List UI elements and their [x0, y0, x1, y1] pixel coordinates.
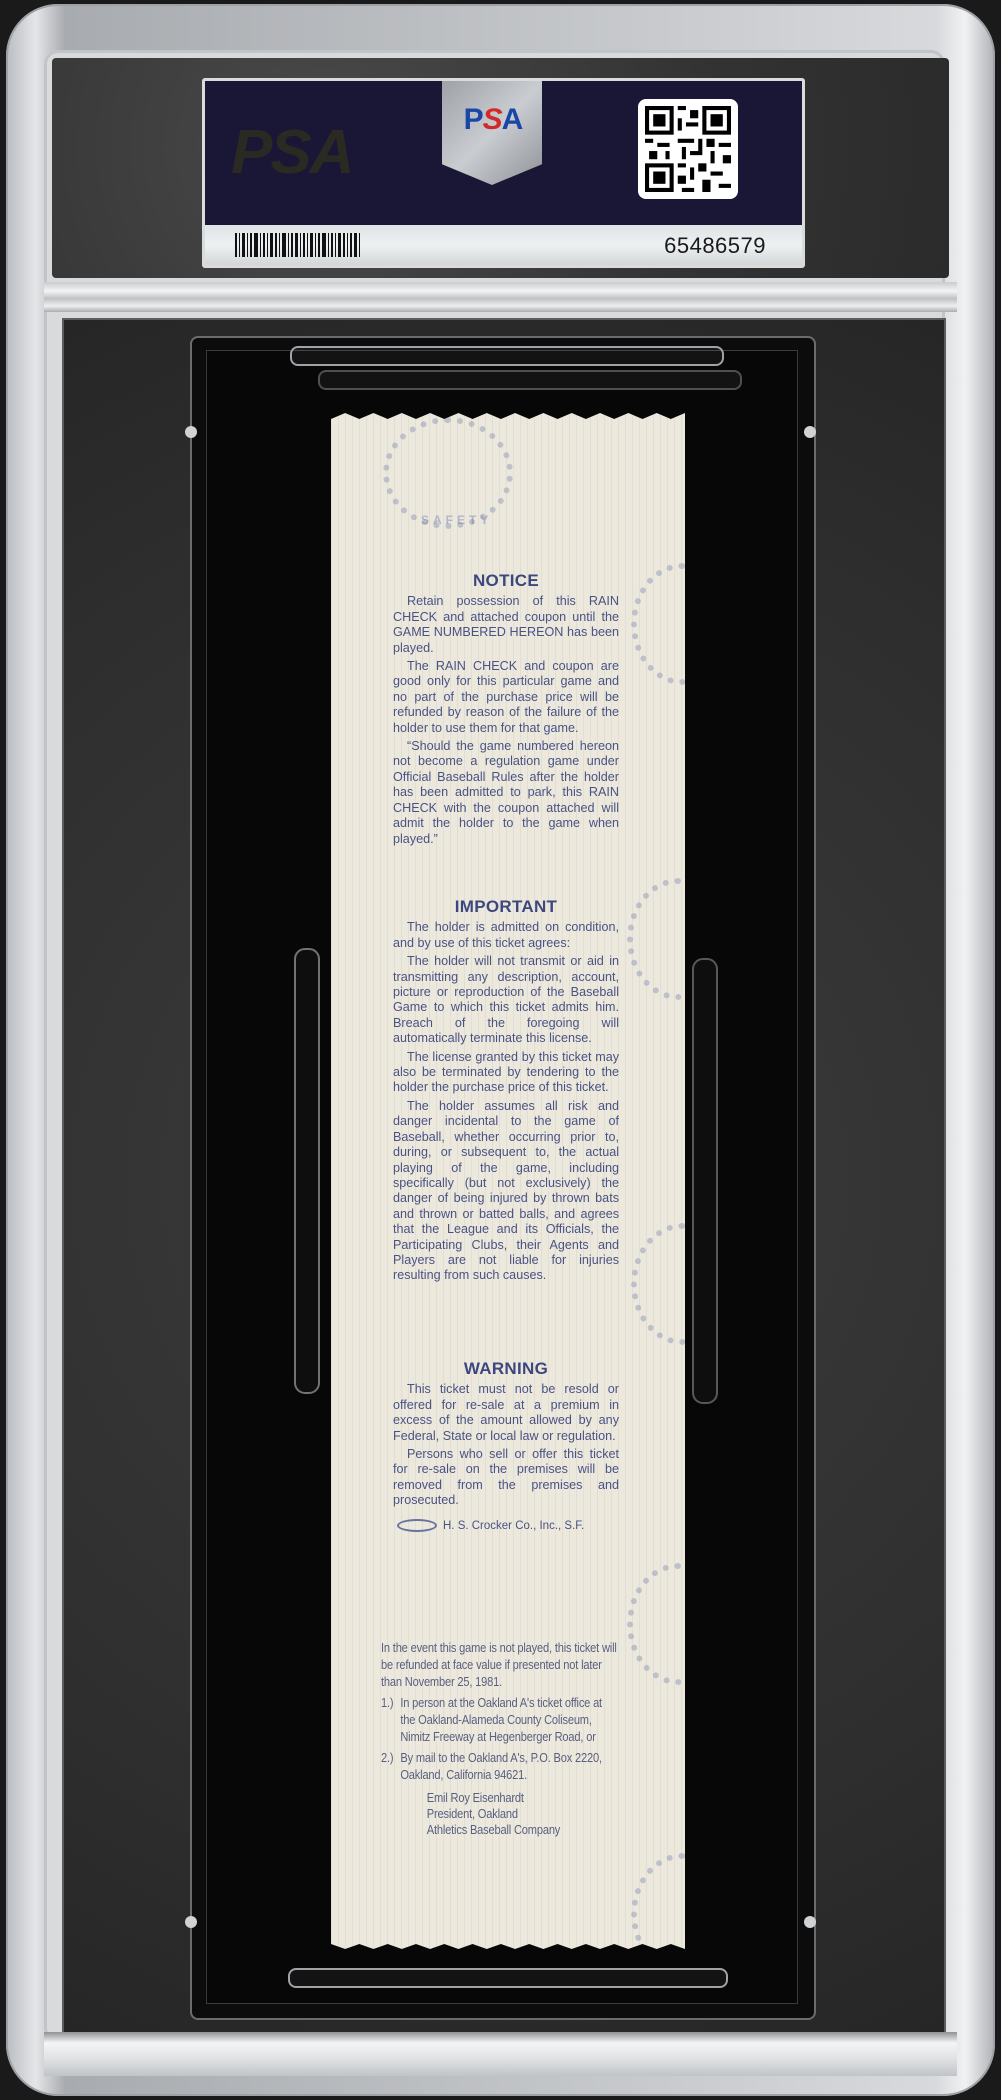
notice-paragraph: “Should the game numbered hereon not bec… [393, 739, 619, 847]
notice-heading: NOTICE [393, 573, 619, 588]
important-paragraph: The holder assumes all risk and danger i… [393, 1099, 619, 1284]
warning-heading: WARNING [393, 1361, 619, 1376]
refund-option-number: 1.) [381, 1695, 400, 1746]
psa-ghost-logo: PSA [231, 117, 352, 188]
rain-check-ticket-back: SAFETY NOTICE Retain possession of this … [331, 413, 685, 1949]
label-barcode-strip: 65486579 [205, 225, 802, 265]
holder-top-rail [290, 346, 724, 366]
psa-shield-logo-icon: PSA [442, 81, 542, 185]
refund-option: 1.) In person at the Oakland A's ticket … [381, 1695, 619, 1746]
warning-section: WARNING This ticket must not be resold o… [393, 1361, 619, 1534]
printer-logo-icon [397, 1519, 437, 1532]
refund-intro: In the event this game is not played, th… [381, 1640, 619, 1691]
slab-divider-ridge [44, 282, 957, 312]
refund-option-number: 2.) [381, 1750, 400, 1784]
holder-right-rail [692, 958, 718, 1404]
holder-clip-right-bottom [804, 1916, 816, 1928]
cert-number: 65486579 [664, 233, 766, 259]
important-paragraph: The license granted by this ticket may a… [393, 1050, 619, 1096]
important-paragraph: The holder is admitted on condition, and… [393, 920, 619, 951]
refund-section: In the event this game is not played, th… [381, 1640, 619, 1838]
seal-text: SAFETY [421, 513, 492, 527]
holder-clip-right-top [804, 426, 816, 438]
notice-paragraph: Retain possession of this RAIN CHECK and… [393, 594, 619, 656]
printer-credit: H. S. Crocker Co., Inc., S.F. [393, 1519, 619, 1534]
refund-option-text: In person at the Oakland A's ticket offi… [400, 1695, 618, 1746]
qr-code-icon[interactable] [638, 99, 738, 199]
printer-name: H. S. Crocker Co., Inc., S.F. [443, 1520, 584, 1532]
warning-paragraph: Persons who sell or offer this ticket fo… [393, 1447, 619, 1509]
psa-grading-label: PSA PSA 65486579 [202, 78, 805, 268]
holder-clip-left-bottom [185, 1916, 197, 1928]
psa-logo-s: S [483, 103, 502, 136]
signatory-company: Athletics Baseball Company [427, 1822, 619, 1838]
psa-logo-p: P [464, 103, 483, 136]
warning-paragraph: This ticket must not be resold or offere… [393, 1382, 619, 1444]
refund-option-text: By mail to the Oakland A's, P.O. Box 222… [400, 1750, 618, 1784]
holder-clip-left-top [185, 426, 197, 438]
important-heading: IMPORTANT [393, 899, 619, 914]
important-paragraph: The holder will not transmit or aid in t… [393, 954, 619, 1046]
slab-bottom-ridge [44, 2032, 957, 2076]
signatory-name: Emil Roy Eisenhardt [427, 1790, 619, 1806]
notice-section: NOTICE Retain possession of this RAIN CH… [393, 573, 619, 850]
refund-option: 2.) By mail to the Oakland A's, P.O. Box… [381, 1750, 619, 1784]
holder-top-groove [318, 370, 742, 390]
psa-logo-a: A [502, 103, 523, 136]
holder-bottom-rail [288, 1968, 728, 1988]
signature-block: Emil Roy Eisenhardt President, Oakland A… [427, 1790, 619, 1838]
barcode-icon [235, 233, 360, 257]
signatory-title: President, Oakland [427, 1806, 619, 1822]
notice-paragraph: The RAIN CHECK and coupon are good only … [393, 659, 619, 736]
important-section: IMPORTANT The holder is admitted on cond… [393, 899, 619, 1287]
holder-left-rail [294, 948, 320, 1394]
